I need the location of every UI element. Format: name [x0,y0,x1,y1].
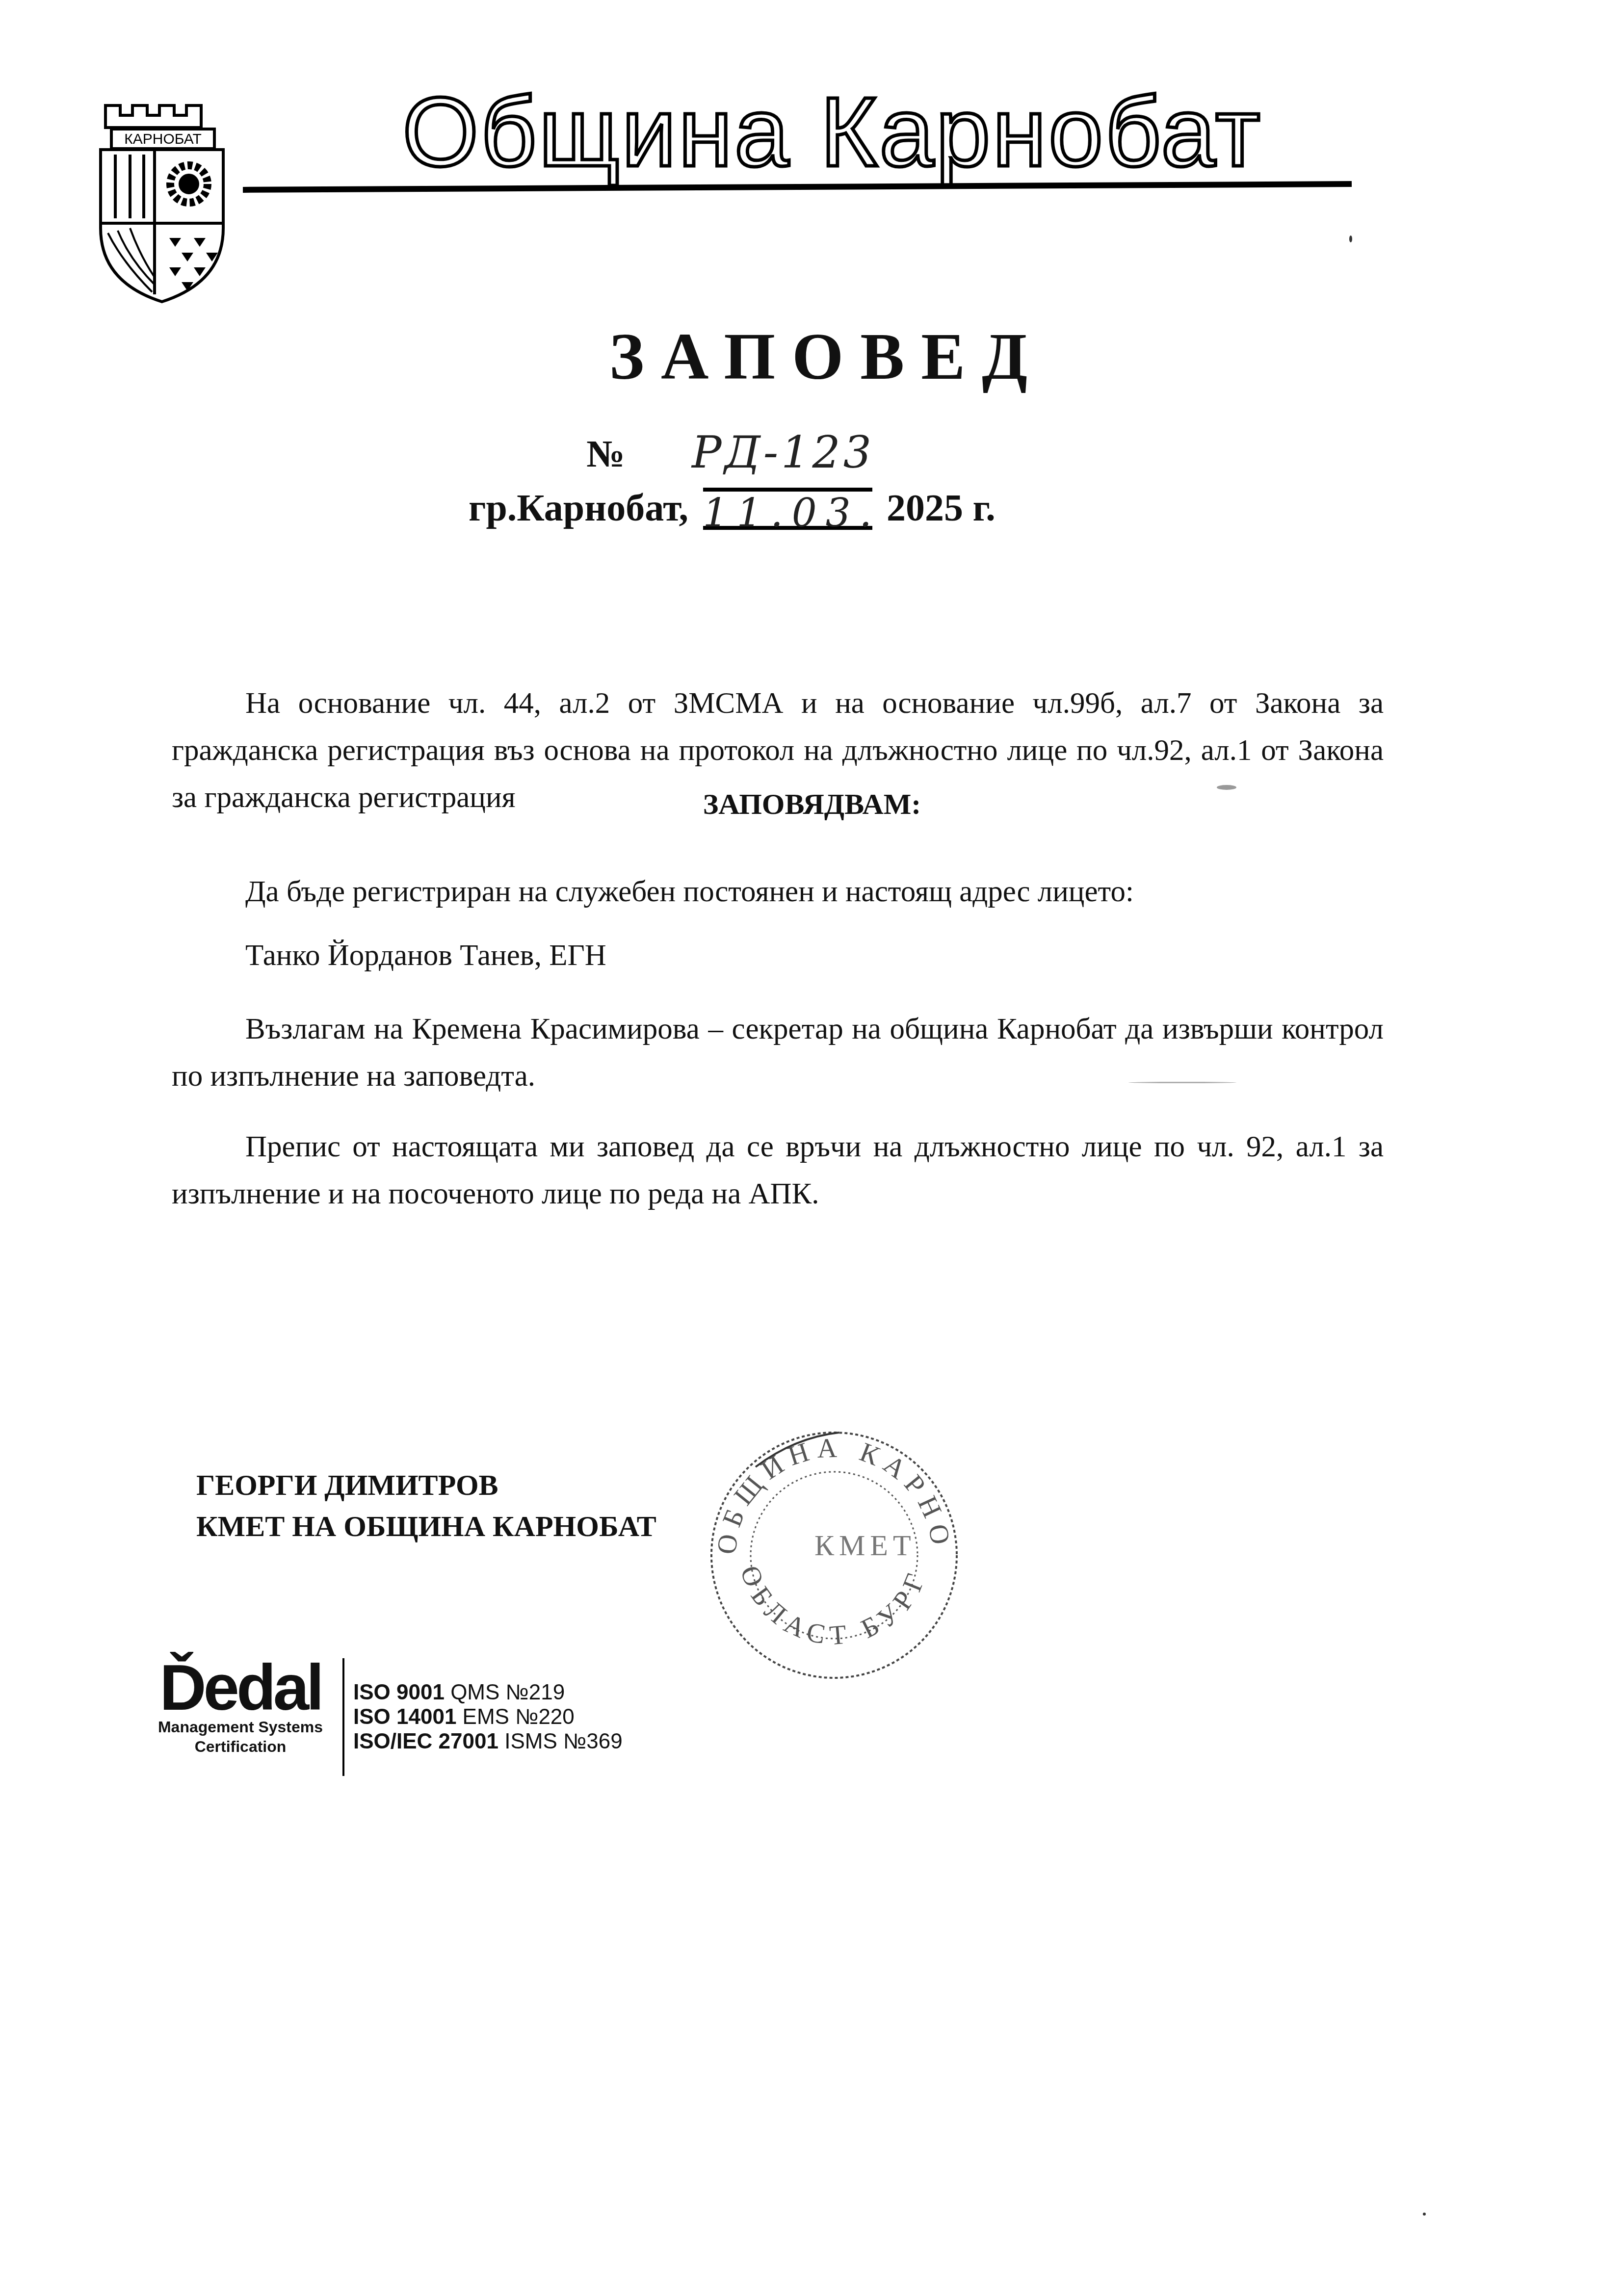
copy-text: Препис от настоящата ми заповед да се вр… [172,1123,1384,1218]
date-field: 11.03. [703,488,872,530]
iso-standard: ISO 14001 [353,1705,456,1729]
orders-heading: ЗАПОВЯДВАМ: [0,787,1624,821]
certification-divider [342,1658,344,1776]
city-prefix: гр.Карнобат, [469,486,688,529]
municipality-crest: КАРНОБАТ [96,101,243,307]
signatory-name: ГЕОРГИ ДИМИТРОВ [196,1464,656,1506]
official-stamp: ОБЩИНА КАРНОБАТ ОБЛАСТ БУРГАСКА КМЕТ [667,1408,1001,1683]
iso-detail: QMS №219 [450,1680,565,1704]
person-line: Танко Йорданов Танев, ЕГН [172,932,1384,979]
registration-paragraph: Да бъде регистриран на служебен постояне… [172,868,1384,915]
iso-line: ISO/IEC 27001 ISMS №369 [353,1729,623,1754]
scan-speck [1349,235,1352,242]
order-number: РД-123 [692,427,874,478]
iso-list: ISO 9001 QMS №219 ISO 14001 EMS №220 ISO… [353,1680,623,1754]
iso-detail: ISMS №369 [504,1729,622,1753]
year-suffix: 2025 г. [887,486,995,529]
document-title: ЗАПОВЕД [0,319,1624,395]
person-text: Танко Йорданов Танев, ЕГН [172,932,1384,979]
iso-line: ISO 9001 QMS №219 [353,1680,623,1705]
municipality-title: Община Карнобат [402,83,1262,182]
scan-speck [1423,2213,1426,2216]
iso-standard: ISO/IEC 27001 [353,1729,498,1753]
control-paragraph: Възлагам на Кремена Красимирова – секрет… [172,1006,1384,1100]
iso-standard: ISO 9001 [353,1680,445,1704]
signature-block: ГЕОРГИ ДИМИТРОВ КМЕТ НА ОБЩИНА КАРНОБАТ [196,1464,656,1547]
handwritten-date: 11.03. [703,490,881,536]
stamp-center-text: КМЕТ [814,1529,916,1562]
crest-label: КАРНОБАТ [124,131,202,147]
registration-text: Да бъде регистриран на служебен постояне… [172,868,1384,915]
dedal-brand: Ďedal [147,1658,334,1717]
scan-speck [1217,785,1236,790]
copy-paragraph: Препис от настоящата ми заповед да се вр… [172,1123,1384,1218]
iso-line: ISO 14001 EMS №220 [353,1705,623,1729]
dedal-subtitle-2: Certification [147,1737,334,1756]
number-label: № [586,432,625,476]
dedal-subtitle-1: Management Systems [147,1717,334,1737]
iso-detail: EMS №220 [463,1705,575,1729]
certification-block: Ďedal Management Systems Certification I… [147,1658,760,1786]
dedal-logo: Ďedal Management Systems Certification [147,1658,334,1756]
scan-speck [1128,1082,1236,1083]
control-text: Възлагам на Кремена Красимирова – секрет… [172,1006,1384,1100]
place-date-line: гр.Карнобат, 11.03. 2025 г. [469,486,995,533]
signatory-position: КМЕТ НА ОБЩИНА КАРНОБАТ [196,1506,656,1547]
